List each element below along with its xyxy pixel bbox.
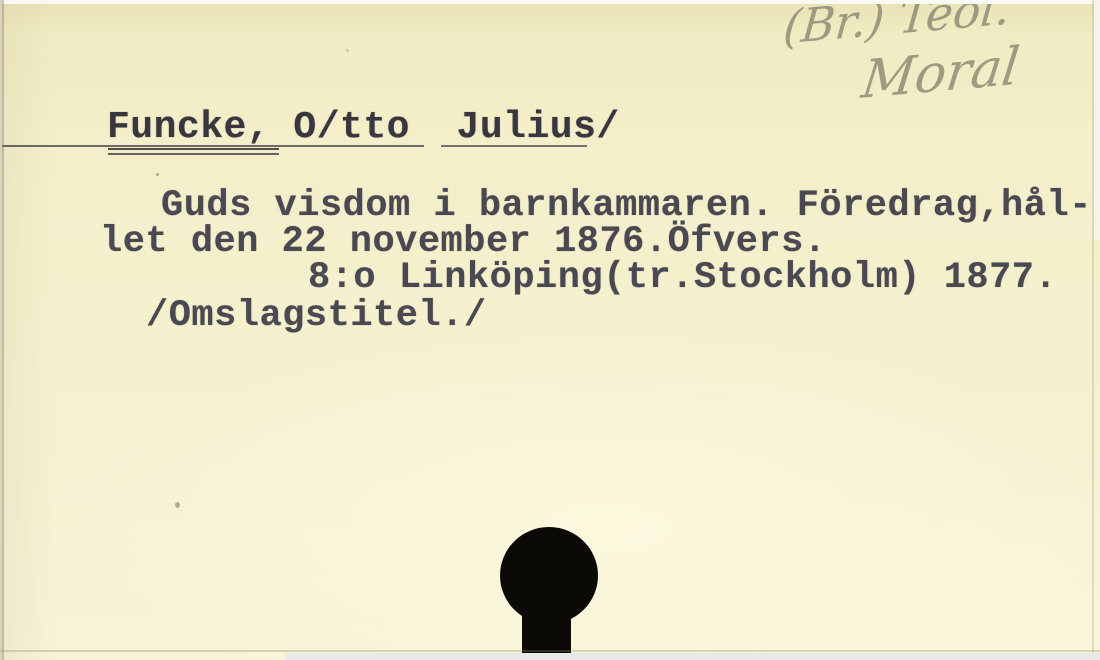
heading-underline-long: [0, 145, 424, 147]
entry-cover-title-note: /Omslagstitel./: [146, 295, 487, 337]
scan-edge-top: [0, 0, 1100, 4]
scan-speck: [346, 49, 349, 52]
scan-edge-bottom: [285, 653, 1100, 660]
heading-underline-double: [108, 148, 279, 155]
card-edge-right-line: [1092, 0, 1094, 660]
heading-underline-julius: [441, 145, 587, 147]
card-edge-bottom-line: [0, 650, 1100, 652]
catalog-card: (Br.) Teol. Moral Funcke, O/tto Julius/ …: [0, 0, 1100, 660]
author-heading: Funcke, O/tto Julius/: [107, 106, 620, 149]
scanned-catalog-card-page: (Br.) Teol. Moral Funcke, O/tto Julius/ …: [0, 0, 1100, 660]
scan-edge-right: [1094, 0, 1100, 240]
card-edge-left-line: [2, 0, 4, 660]
handwritten-classification-line2: Moral: [859, 36, 1023, 111]
entry-imprint-line: 8:o Linköping(tr.Stockholm) 1877.: [308, 257, 1057, 299]
scan-speck: [175, 502, 180, 508]
scan-speck: [156, 173, 159, 176]
